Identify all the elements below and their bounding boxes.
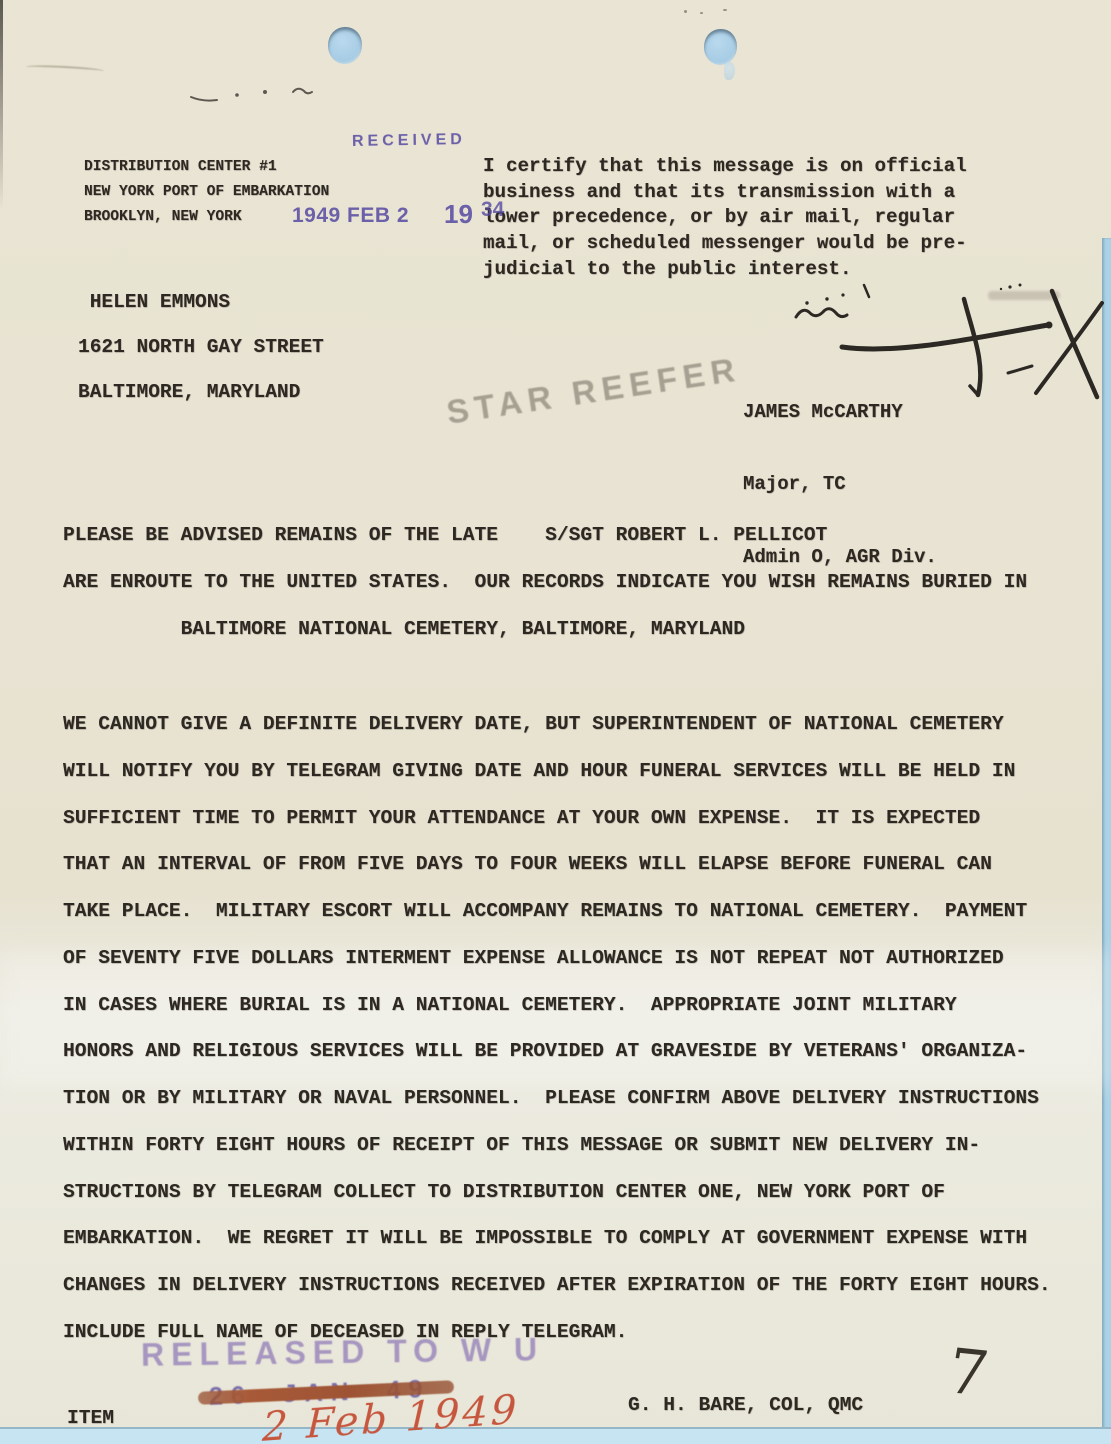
time-minute-stamp: 34 [481,198,504,222]
hole-punch-left [328,27,362,64]
hole-punch-drip [724,62,735,80]
ink-smudges [185,84,345,108]
hole-punch-right [704,29,737,65]
scan-edge-bottom [0,1427,1111,1444]
time-hour-stamp: 19 [444,199,473,230]
ship-name-stamp: STAR REEFER [444,350,743,431]
released-stamp: RELEASED TO W U [141,1331,545,1374]
scan-edge-left [0,0,3,210]
signer-rank: Major, TC [743,472,937,496]
body-paragraph-2: WE CANNOT GIVE A DEFINITE DELIVERY DATE,… [63,701,1051,1356]
signer-name: JAMES McCARTHY [743,400,937,424]
approver-name: G. H. BARE, COL, QMC [628,1394,863,1416]
ink-speck [723,9,727,11]
received-stamp: RECEIVED [352,131,466,151]
ink-speck [700,12,703,14]
body-paragraph-1: PLEASE BE ADVISED REMAINS OF THE LATE S/… [63,512,1027,652]
addressee-block: HELEN EMMONS 1621 NORTH GAY STREET BALTI… [78,280,324,415]
pencil-smudge [26,64,104,74]
office-address-block: DISTRIBUTION CENTER #1 NEW YORK PORT OF … [84,155,329,231]
document-page: RECEIVED 1949 FEB 2 19 34 DISTRIBUTION C… [0,0,1111,1444]
item-label: ITEM [67,1407,114,1429]
ink-speck [684,10,687,13]
certification-text: I certify that this message is on offici… [483,154,967,283]
